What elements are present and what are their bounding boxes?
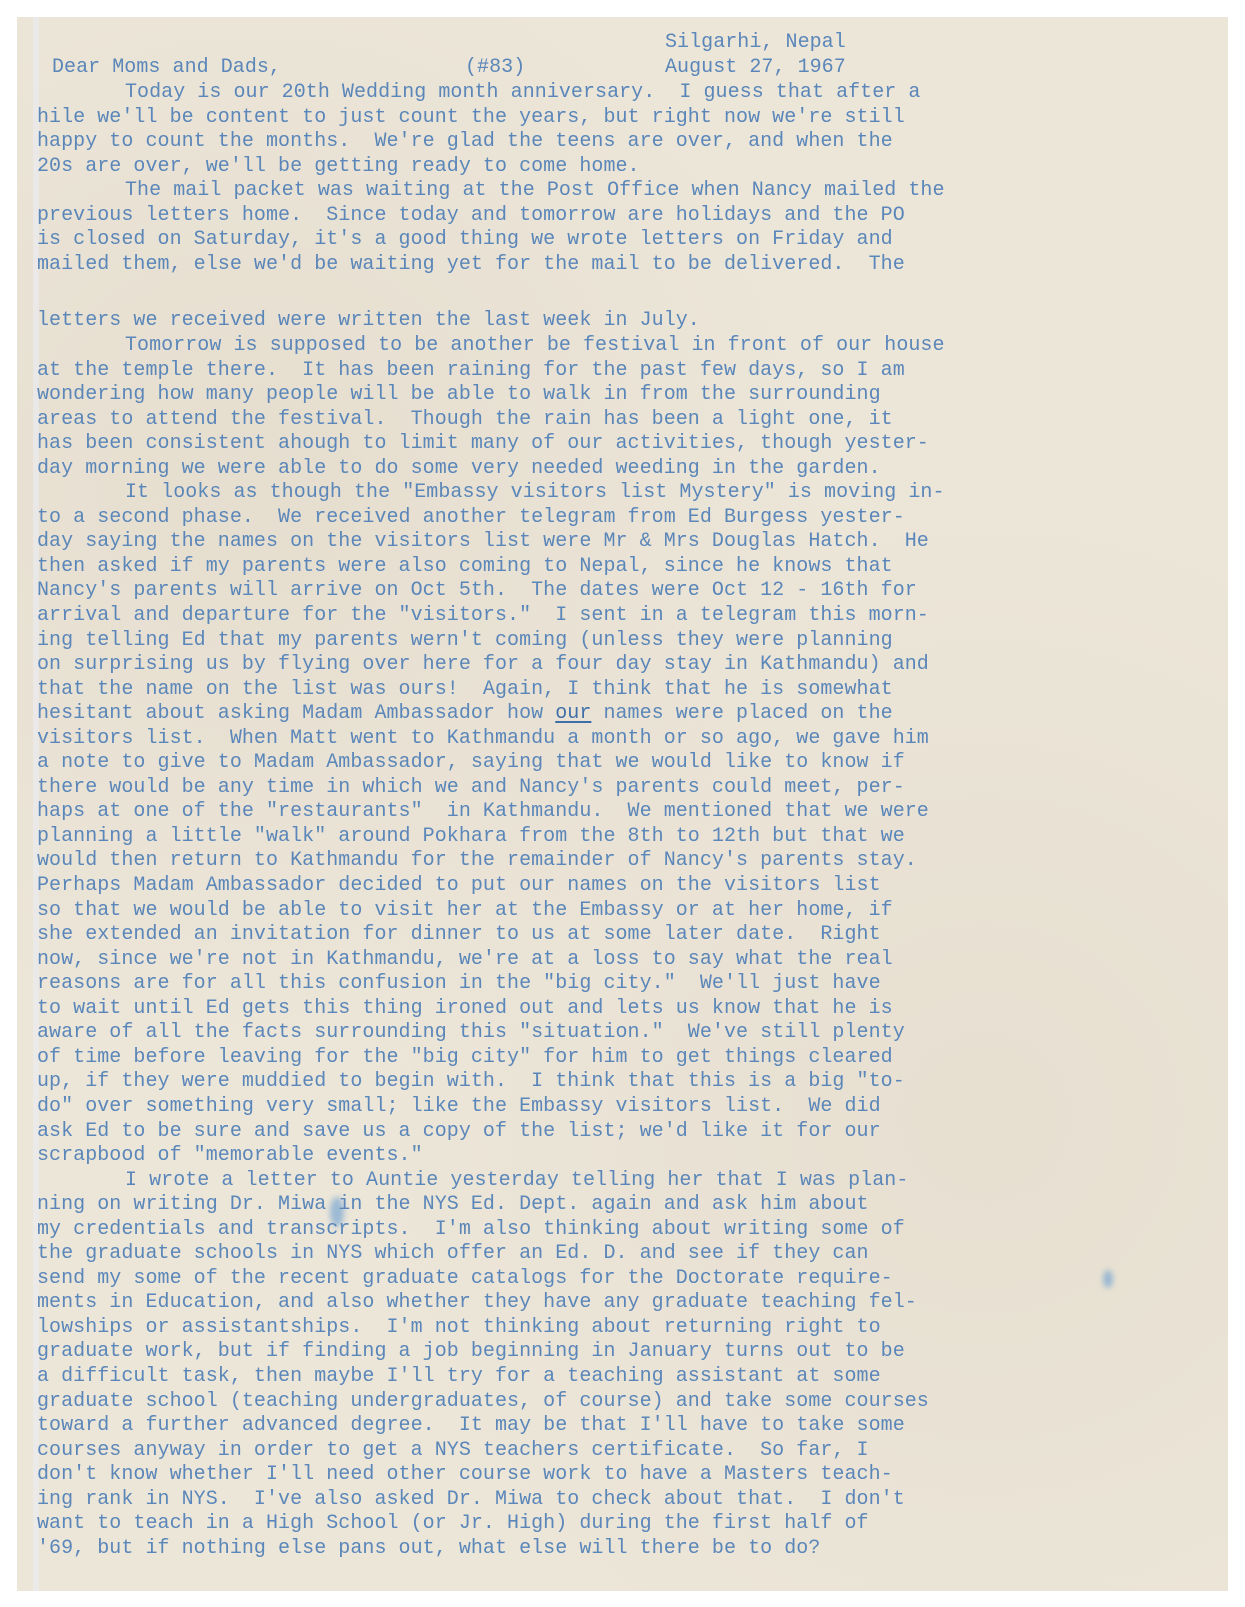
letter-line: reasons are for all this confusion in th… [37, 972, 881, 996]
letter-line: Nancy's parents will arrive on Oct 5th. … [37, 579, 917, 603]
letter-line: at the temple there. It has been raining… [37, 359, 905, 383]
letter-line: ning on writing Dr. Miwa in the NYS Ed. … [37, 1193, 869, 1217]
letter-line: now, since we're not in Kathmandu, we're… [37, 948, 893, 972]
letter-line: she extended an invitation for dinner to… [37, 923, 881, 947]
letter-line: previous letters home. Since today and t… [37, 204, 905, 228]
letter-line: The mail packet was waiting at the Post … [125, 179, 945, 203]
letter-line: I wrote a letter to Auntie yesterday tel… [125, 1169, 908, 1193]
letter-date: August 27, 1967 [665, 56, 846, 80]
letter-line: to a second phase. We received another t… [37, 506, 905, 530]
letter-line: then asked if my parents were also comin… [37, 555, 893, 579]
letter-line: Today is our 20th Wedding month annivers… [125, 81, 920, 105]
letter-line: day saying the names on the visitors lis… [37, 530, 929, 554]
letter-line: lowships or assistantships. I'm not thin… [37, 1316, 881, 1340]
letter-line: letters we received were written the las… [37, 309, 700, 333]
letter-line: toward a further advanced degree. It may… [37, 1414, 905, 1438]
letter-line: happy to count the months. We're glad th… [37, 130, 893, 154]
letter-line: do" over something very small; like the … [37, 1095, 881, 1119]
letter-line: of time before leaving for the "big city… [37, 1046, 893, 1070]
letter-line: planning a little "walk" around Pokhara … [37, 825, 905, 849]
letter-line: aware of all the facts surrounding this … [37, 1021, 905, 1045]
letter-line: scrapbood of "memorable events." [37, 1144, 423, 1168]
letter-line: to wait until Ed gets this thing ironed … [37, 997, 893, 1021]
letter-line: Perhaps Madam Ambassador decided to put … [37, 874, 881, 898]
letter-line: has been consistent ahough to limit many… [37, 432, 929, 456]
letter-line: haps at one of the "restaurants" in Kath… [37, 800, 929, 824]
letter-line: wondering how many people will be able t… [37, 383, 881, 407]
letter-line: is closed on Saturday, it's a good thing… [37, 228, 893, 252]
letter-line: mailed them, else we'd be waiting yet fo… [37, 253, 905, 277]
letter-line: arrival and departure for the "visitors.… [37, 604, 929, 628]
letter-line: on surprising us by flying over here for… [37, 653, 929, 677]
letter-line: ing telling Ed that my parents wern't co… [37, 629, 893, 653]
letter-line: the graduate schools in NYS which offer … [37, 1242, 869, 1266]
salutation: Dear Moms and Dads, [52, 56, 281, 80]
letter-line: graduate work, but if finding a job begi… [37, 1340, 905, 1364]
letter-line: a difficult task, then maybe I'll try fo… [37, 1365, 881, 1389]
sender-location: Silgarhi, Nepal [665, 31, 846, 55]
letter-line: 20s are over, we'll be getting ready to … [37, 155, 640, 179]
letter-line: that the name on the list was ours! Agai… [37, 678, 893, 702]
letter-line: there would be any time in which we and … [37, 776, 905, 800]
letter-line: send my some of the recent graduate cata… [37, 1267, 893, 1291]
letter-line: don't know whether I'll need other cours… [37, 1463, 893, 1487]
letter-line: It looks as though the "Embassy visitors… [125, 481, 945, 505]
ink-smudge [1103, 1270, 1113, 1288]
letter-line: ing rank in NYS. I've also asked Dr. Miw… [37, 1488, 905, 1512]
letter-line: ments in Education, and also whether the… [37, 1291, 917, 1315]
letter-line: want to teach in a High School (or Jr. H… [37, 1512, 869, 1536]
letter-line: so that we would be able to visit her at… [37, 899, 893, 923]
letter-line: would then return to Kathmandu for the r… [37, 849, 917, 873]
letter-line: courses anyway in order to get a NYS tea… [37, 1439, 869, 1463]
underlined-word: our [555, 702, 591, 725]
letter-line: a note to give to Madam Ambassador, sayi… [37, 751, 905, 775]
letter-line: '69, but if nothing else pans out, what … [37, 1537, 820, 1561]
letter-line: my credentials and transcripts. I'm also… [37, 1218, 905, 1242]
letter-line: up, if they were muddied to begin with. … [37, 1070, 905, 1094]
letter-line: hesitant about asking Madam Ambassador h… [37, 702, 893, 726]
letter-line: ask Ed to be sure and save us a copy of … [37, 1120, 881, 1144]
letter-line: areas to attend the festival. Though the… [37, 408, 893, 432]
letter-line: day morning we were able to do some very… [37, 457, 881, 481]
letter-line: graduate school (teaching undergraduates… [37, 1390, 929, 1414]
letter-line: hile we'll be content to just count the … [37, 106, 905, 130]
letter-number: (#83) [465, 56, 525, 80]
letter-line: visitors list. When Matt went to Kathman… [37, 727, 929, 751]
letter-line: Tomorrow is supposed to be another be fe… [125, 334, 945, 358]
